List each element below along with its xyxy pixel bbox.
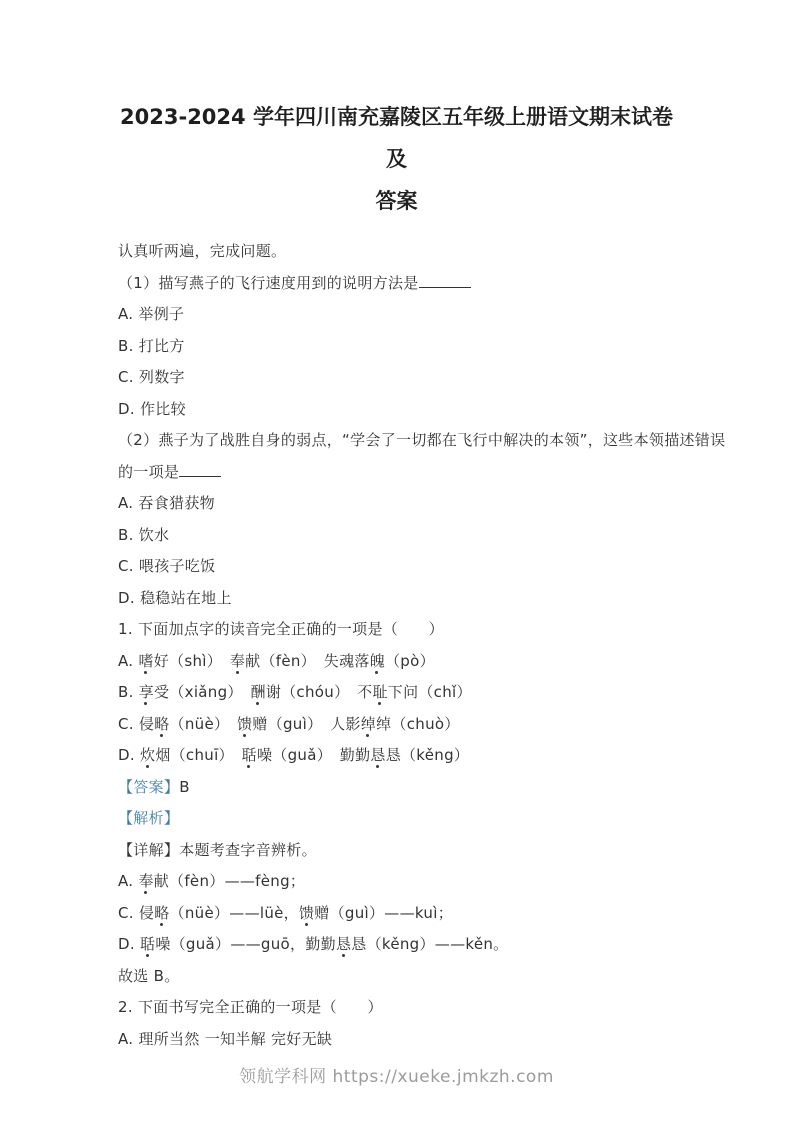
listening-q1-option-a: A. 举例子 (118, 299, 675, 331)
q1-stem: 1. 下面加点字的读音完全正确的一项是（ ） (118, 614, 675, 646)
text-segment: 恳（kěng）——kěn。 (351, 935, 508, 953)
text-segment: 受（xiǎng） (154, 683, 250, 701)
q1-answer-line: 【答案】B (118, 772, 675, 804)
dotted-char: 馈 (237, 715, 252, 733)
q1-option-b: B. 享受（xiǎng） 酬谢（chóu） 不耻下问（chǐ） (118, 677, 675, 709)
dotted-char: 炊 (140, 746, 155, 764)
dotted-char: 绰 (361, 715, 376, 733)
document-content: 2023-2024 学年四川南充嘉陵区五年级上册语文期末试卷及 答案 认真听两遍… (0, 0, 793, 1055)
listening-q1-option-b: B. 打比方 (118, 331, 675, 363)
page-title-line2: 答案 (118, 180, 675, 222)
text-segment: 恳（kěng） (386, 746, 470, 764)
text-segment: （pò） (385, 652, 435, 670)
answer-value: B (179, 778, 190, 796)
dotted-char: 酬 (251, 683, 266, 701)
text-segment: （nüè） (170, 715, 238, 733)
q1-option-a: A. 嗜好（shì） 奉献（fèn） 失魂落魄（pò） (118, 646, 675, 678)
text-segment: 献（fèn）——fèng； (154, 872, 305, 890)
q1-conclusion: 故选 B。 (118, 961, 675, 993)
text-segment: 赠（guì）——kuì； (314, 904, 453, 922)
dotted-char: 奉 (138, 872, 153, 890)
dotted-char: 聒 (242, 746, 257, 764)
q2-option-a: A. 理所当然 一知半解 完好无缺 (118, 1024, 675, 1056)
dotted-char: 略 (154, 904, 169, 922)
q1-option-d: D. 炊烟（chuī） 聒噪（guǎ） 勤勤恳恳（kěng） (118, 740, 675, 772)
text-segment: A. (118, 872, 138, 890)
listening-q2-option-c: C. 喂孩子吃饭 (118, 551, 675, 583)
q2-stem: 2. 下面书写完全正确的一项是（ ） (118, 992, 675, 1024)
dotted-char: 耻 (372, 683, 387, 701)
q1-explain-d: D. 聒噪（guǎ）——guō，勤勤恳恳（kěng）——kěn。 (118, 929, 675, 961)
text-segment: 献（fèn） 失魂落 (245, 652, 370, 670)
dotted-char: 嗜 (138, 652, 153, 670)
text-segment: 噪（guǎ）——guō，勤勤 (155, 935, 336, 953)
dotted-char: 魄 (370, 652, 385, 670)
footer-site-name: 领航学科网 (239, 1067, 327, 1087)
text-segment: 噪（guǎ） 勤勤 (257, 746, 370, 764)
listening-q1-option-d: D. 作比较 (118, 394, 675, 426)
text-segment: A. (118, 652, 138, 670)
listening-q2-option-b: B. 饮水 (118, 520, 675, 552)
listening-q2-answer-blank (179, 462, 221, 477)
text-segment: 绰（chuò） (376, 715, 460, 733)
analysis-label: 【解析】 (118, 809, 179, 827)
q1-explain-c: C. 侵略（nüè）——lüè，馈赠（guì）——kuì； (118, 898, 675, 930)
listening-q1-answer-blank (419, 273, 471, 288)
text-segment: D. (118, 935, 140, 953)
q1-detail: 【详解】本题考查字音辨析。 (118, 835, 675, 867)
text-segment: 赠（guì） 人影 (252, 715, 360, 733)
page-title: 2023-2024 学年四川南充嘉陵区五年级上册语文期末试卷及 答案 (118, 96, 675, 222)
page-title-line1: 2023-2024 学年四川南充嘉陵区五年级上册语文期末试卷及 (118, 96, 675, 180)
q1-option-c: C. 侵略（nüè） 馈赠（guì） 人影绰绰（chuò） (118, 709, 675, 741)
q1-explain-a: A. 奉献（fèn）——fèng； (118, 866, 675, 898)
text-segment: C. 侵 (118, 715, 154, 733)
dotted-char: 奉 (230, 652, 245, 670)
q1-analysis-line: 【解析】 (118, 803, 675, 835)
footer-url-link[interactable]: https://xueke.jmkzh.com (333, 1067, 554, 1087)
exam-document-page: 2023-2024 学年四川南充嘉陵区五年级上册语文期末试卷及 答案 认真听两遍… (0, 0, 793, 1122)
dotted-char: 恳 (370, 746, 385, 764)
listening-q2-option-a: A. 吞食猎获物 (118, 488, 675, 520)
dotted-char: 聒 (140, 935, 155, 953)
dotted-char: 享 (139, 683, 154, 701)
dotted-char: 恳 (336, 935, 351, 953)
answer-label: 【答案】 (118, 778, 179, 796)
listening-q1-option-c: C. 列数字 (118, 362, 675, 394)
listening-q1-stem: （1）描写燕子的飞行速度用到的说明方法是 (118, 268, 675, 300)
text-segment: D. (118, 746, 140, 764)
text-segment: （nüè）——lüè， (170, 904, 299, 922)
text-segment: 好（shì） (154, 652, 230, 670)
listening-intro: 认真听两遍，完成问题。 (118, 236, 675, 268)
text-segment: C. 侵 (118, 904, 154, 922)
text-segment: B. (118, 683, 139, 701)
dotted-char: 略 (154, 715, 169, 733)
footer-watermark: 领航学科网 https://xueke.jmkzh.com (0, 1062, 793, 1087)
listening-q2-stem-line1: （2）燕子为了战胜自身的弱点，“学会了一切都在飞行中解决的本领”，这些本领描述错… (118, 425, 675, 457)
dotted-char: 馈 (299, 904, 314, 922)
text-segment: 下问（chǐ） (388, 683, 472, 701)
text-segment: 烟（chuī） (155, 746, 241, 764)
listening-q2-stem-line2: 的一项是 (118, 457, 675, 489)
text-segment: 谢（chóu） 不 (266, 683, 373, 701)
listening-q2-stem-text: 的一项是 (118, 463, 179, 481)
listening-q1-stem-text: （1）描写燕子的飞行速度用到的说明方法是 (118, 274, 419, 292)
listening-q2-option-d: D. 稳稳站在地上 (118, 583, 675, 615)
